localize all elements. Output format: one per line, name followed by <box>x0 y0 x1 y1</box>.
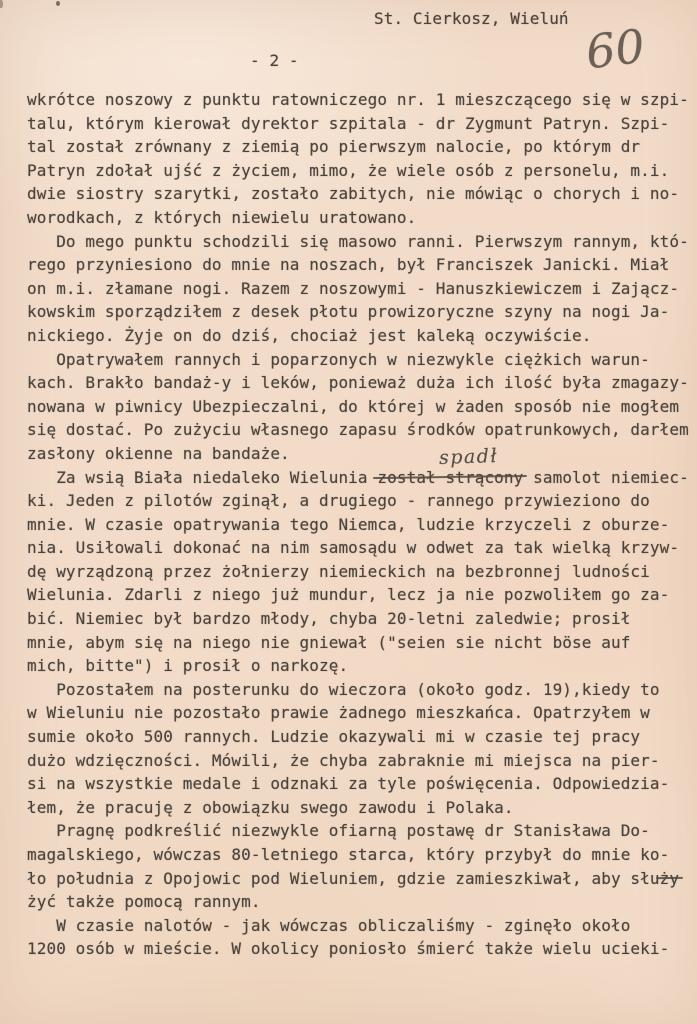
typed-text: wkrótce noszowy z punktu ratowniczego nr… <box>27 90 689 109</box>
typed-text: w Wieluniu nie pozostało prawie żadnego … <box>27 703 650 722</box>
text-line: kach. Brakło bandaż-y i leków, ponieważ … <box>27 371 691 395</box>
text-line: sumie około 500 rannych. Ludzie okazywal… <box>27 725 691 749</box>
handwritten-page-number: 60 <box>583 19 648 80</box>
typed-text: Pozostałem na posterunku do wieczora (ok… <box>27 680 660 699</box>
text-line: Pragnę podkreślić niezwykle ofiarną post… <box>27 819 691 843</box>
text-line: w Wieluniu nie pozostało prawie żadnego … <box>27 701 691 725</box>
text-line: Patryn zdołał ujść z życiem, mimo, że wi… <box>27 159 691 183</box>
text-line: Za wsią Biała niedaleko Wielunia został … <box>27 466 691 490</box>
scanned-document-page: St. Cierkosz, Wieluń 60 - 2 - wkrótce no… <box>0 0 697 1024</box>
typed-text: żyć także pomocą rannym. <box>27 892 261 911</box>
text-line: mich, bitte") i prosił o narkozę. <box>27 654 691 678</box>
text-line: zasłony okienne na bandaże. <box>27 442 691 466</box>
text-line: kowskim sporządziłem z desek płotu prowi… <box>27 300 691 324</box>
text-line: rego przyniesiono do mnie na noszach, by… <box>27 253 691 277</box>
typed-text: rego przyniesiono do mnie na noszach, by… <box>27 255 669 274</box>
struck-text: ży <box>660 867 679 891</box>
text-line: się dostać. Po zużyciu własnego zapasu ś… <box>27 418 691 442</box>
document-body: wkrótce noszowy z punktu ratowniczego nr… <box>27 88 691 961</box>
text-line: nickiego. Żyje on do dziś, chociaż jest … <box>27 324 691 348</box>
typed-text: Patryn zdołał ujść z życiem, mimo, że wi… <box>27 161 669 180</box>
typed-text: się dostać. Po zużyciu własnego zapasu ś… <box>27 420 689 439</box>
typed-text: mich, bitte") i prosił o narkozę. <box>27 656 348 675</box>
author-attribution: St. Cierkosz, Wieluń <box>374 9 569 28</box>
paper-speck <box>0 0 3 8</box>
typed-text: talu, którym kierował dyrektor szpitala … <box>27 114 669 133</box>
typed-text: samolot niemiec- <box>523 468 688 487</box>
text-line: wkrótce noszowy z punktu ratowniczego nr… <box>27 88 691 112</box>
typed-text: dużo wdzięczności. Mówili, że chyba zabr… <box>27 751 660 770</box>
typed-text: magalskiego, wówczas 80-letniego starca,… <box>27 845 669 864</box>
text-line: łem, że pracuję z obowiązku swego zawodu… <box>27 796 691 820</box>
typed-text: si na wszystkie medale i odznaki za tyle… <box>27 774 669 793</box>
text-line: talu, którym kierował dyrektor szpitala … <box>27 112 691 136</box>
text-line: nowana w piwnicy Ubezpieczalni, do które… <box>27 395 691 419</box>
typed-text: łem, że pracuję z obowiązku swego zawodu… <box>27 798 514 817</box>
typed-text: 1200 osób w mieście. W okolicy poniosło … <box>27 939 669 958</box>
handwritten-correction: spadł <box>439 444 499 470</box>
typed-text: Opatrywałem rannych i poparzonych w niez… <box>27 350 650 369</box>
text-line: on m.i. złamane nogi. Razem z noszowymi … <box>27 277 691 301</box>
typed-text: mnie. W czasie opatrywania tego Niemca, … <box>27 515 669 534</box>
paper-speck <box>56 1 60 6</box>
typed-text: kach. Brakło bandaż-y i leków, ponieważ … <box>27 373 689 392</box>
text-line: si na wszystkie medale i odznaki za tyle… <box>27 772 691 796</box>
typed-text: nowana w piwnicy Ubezpieczalni, do które… <box>27 397 679 416</box>
text-line: dę wyrządzoną przez żołnierzy niemieckic… <box>27 560 691 584</box>
text-line: 1200 osób w mieście. W okolicy poniosło … <box>27 937 691 961</box>
typed-text: zasłony okienne na bandaże. <box>27 444 290 463</box>
typed-text: Pragnę podkreślić niezwykle ofiarną post… <box>27 821 650 840</box>
typed-text: dę wyrządzoną przez żołnierzy niemieckic… <box>27 562 650 581</box>
text-line: tal został zrównany z ziemią po pierwszy… <box>27 135 691 159</box>
text-line: nia. Usiłowali dokonać na nim samosądu w… <box>27 536 691 560</box>
text-line: żyć także pomocą rannym. <box>27 890 691 914</box>
typed-text: ło południa z Opojowic pod Wieluniem, gd… <box>27 869 660 888</box>
typed-text: ki. Jeden z pilotów zginął, a drugiego -… <box>27 491 650 510</box>
typed-text: Za wsią Biała niedaleko Wielunia <box>27 468 377 487</box>
text-line: Wielunia. Zdarli z niego już mundur, lec… <box>27 583 691 607</box>
page-number: - 2 - <box>250 51 299 70</box>
typed-text: dwie siostry szarytki, zostało zabitych,… <box>27 184 679 203</box>
typed-text: worodkach, z których niewielu uratowano. <box>27 208 416 227</box>
typed-text: bić. Niemiec był bardzo młody, chyba 20-… <box>27 609 630 628</box>
text-line: mnie, abym się na niego nie gniewał ("se… <box>27 631 691 655</box>
typed-text: nia. Usiłowali dokonać na nim samosądu w… <box>27 538 679 557</box>
typed-text: Do mego punktu schodzili się masowo rann… <box>27 232 689 251</box>
text-line: Opatrywałem rannych i poparzonych w niez… <box>27 348 691 372</box>
text-line: ło południa z Opojowic pod Wieluniem, gd… <box>27 867 691 891</box>
typed-text: nickiego. Żyje on do dziś, chociaż jest … <box>27 326 592 345</box>
text-line: dwie siostry szarytki, zostało zabitych,… <box>27 182 691 206</box>
typed-text: mnie, abym się na niego nie gniewał ("se… <box>27 633 630 652</box>
text-line: Pozostałem na posterunku do wieczora (ok… <box>27 678 691 702</box>
text-line: magalskiego, wówczas 80-letniego starca,… <box>27 843 691 867</box>
text-line: dużo wdzięczności. Mówili, że chyba zabr… <box>27 749 691 773</box>
text-line: Do mego punktu schodzili się masowo rann… <box>27 230 691 254</box>
text-line: bić. Niemiec był bardzo młody, chyba 20-… <box>27 607 691 631</box>
typed-text: tal został zrównany z ziemią po pierwszy… <box>27 137 640 156</box>
struck-text: został strąconyspadł <box>377 466 523 490</box>
text-line: W czasie nalotów - jak wówczas obliczali… <box>27 914 691 938</box>
text-line: worodkach, z których niewielu uratowano. <box>27 206 691 230</box>
typed-text: kowskim sporządziłem z desek płotu prowi… <box>27 302 669 321</box>
typed-text: W czasie nalotów - jak wówczas obliczali… <box>27 916 630 935</box>
typed-text: Wielunia. Zdarli z niego już mundur, lec… <box>27 585 669 604</box>
typed-text: sumie około 500 rannych. Ludzie okazywal… <box>27 727 640 746</box>
text-line: ki. Jeden z pilotów zginął, a drugiego -… <box>27 489 691 513</box>
typed-text: on m.i. złamane nogi. Razem z noszowymi … <box>27 279 679 298</box>
text-line: mnie. W czasie opatrywania tego Niemca, … <box>27 513 691 537</box>
